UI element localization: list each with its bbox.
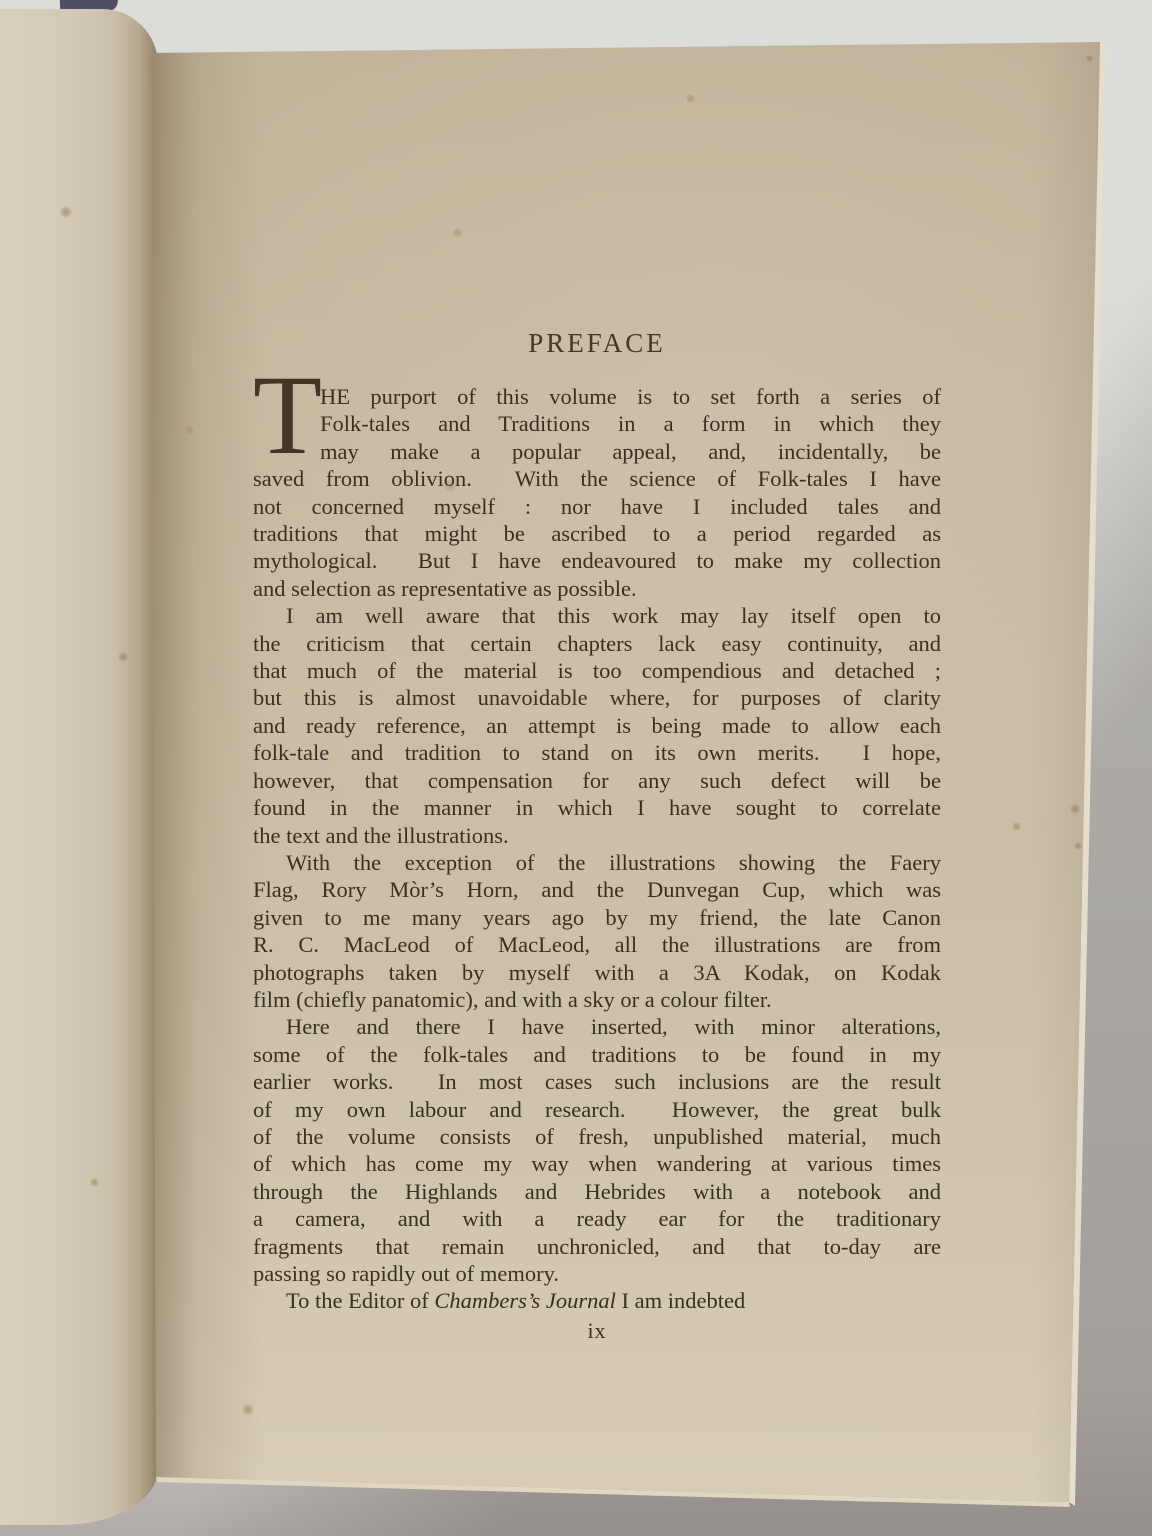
paragraph-2: I am well aware that this work may lay i… bbox=[253, 602, 941, 849]
foxing-spot bbox=[1074, 842, 1082, 850]
foxing-spot bbox=[686, 94, 695, 103]
foxing-spot bbox=[1086, 55, 1093, 62]
text-line: traditions that might be ascribed to a p… bbox=[253, 520, 941, 547]
paragraph-1: T HE purport of this volume is to set fo… bbox=[253, 383, 941, 602]
book-photo: PREFACE T HE purport of this volume is t… bbox=[0, 0, 1152, 1536]
text-line: given to me many years ago by my friend,… bbox=[253, 904, 941, 931]
text-line: and selection as representative as possi… bbox=[253, 575, 941, 602]
paragraph-5-pre: To the Editor of bbox=[286, 1288, 434, 1313]
paragraph-5: To the Editor of Chambers’s Journal I am… bbox=[253, 1287, 941, 1314]
text-line: mythological. But I have endeavoured to … bbox=[253, 547, 941, 574]
drop-cap: T bbox=[253, 383, 310, 465]
text-line: the criticism that certain chapters lack… bbox=[253, 630, 941, 657]
text-line: saved from oblivion. With the science of… bbox=[253, 465, 941, 492]
text-line: I am well aware that this work may lay i… bbox=[253, 602, 941, 629]
journal-title-italic: Chambers’s Journal bbox=[434, 1288, 615, 1313]
foxing-spot bbox=[242, 1404, 254, 1415]
paragraph-4: Here and there I have inserted, with min… bbox=[253, 1013, 941, 1287]
paragraph-3: With the exception of the illustrations … bbox=[253, 849, 941, 1013]
text-line: found in the manner in which I have soug… bbox=[253, 794, 941, 821]
foxing-spot bbox=[1012, 822, 1021, 831]
text-line: of which has come my way when wandering … bbox=[253, 1150, 941, 1177]
foxing-spot bbox=[90, 1178, 99, 1187]
preface-heading: PREFACE bbox=[253, 330, 941, 357]
text-line: through the Highlands and Hebrides with … bbox=[253, 1178, 941, 1205]
text-line: a camera, and with a ready ear for the t… bbox=[253, 1205, 941, 1232]
page-number: ix bbox=[253, 1318, 941, 1344]
paragraph-1-lines: HE purport of this volume is to set fort… bbox=[253, 383, 941, 602]
text-line: earlier works. In most cases such inclus… bbox=[253, 1068, 941, 1095]
text-line: Here and there I have inserted, with min… bbox=[253, 1013, 941, 1040]
text-line: Folk-tales and Traditions in a form in w… bbox=[253, 410, 941, 437]
foxing-spot bbox=[186, 426, 194, 434]
preface-body: T HE purport of this volume is to set fo… bbox=[253, 383, 941, 1315]
foxing-spot bbox=[60, 206, 72, 218]
foxing-spot bbox=[118, 652, 128, 662]
text-line: the text and the illustrations. bbox=[253, 822, 941, 849]
book-page: PREFACE T HE purport of this volume is t… bbox=[0, 0, 1152, 1536]
text-line: folk-tale and tradition to stand on its … bbox=[253, 739, 941, 766]
foxing-spot bbox=[452, 228, 463, 238]
facing-page bbox=[0, 9, 158, 1525]
foxing-spot bbox=[1070, 804, 1080, 814]
page-text-area: PREFACE T HE purport of this volume is t… bbox=[253, 330, 941, 1344]
text-line: and ready reference, an attempt is being… bbox=[253, 712, 941, 739]
text-line: some of the folk-tales and traditions to… bbox=[253, 1041, 941, 1068]
text-line: that much of the material is too compend… bbox=[253, 657, 941, 684]
text-line: but this is almost unavoidable where, fo… bbox=[253, 684, 941, 711]
text-line: however, that compensation for any such … bbox=[253, 767, 941, 794]
text-line: may make a popular appeal, and, incident… bbox=[253, 438, 941, 465]
paragraph-5-post: I am indebted bbox=[616, 1288, 745, 1313]
text-line: passing so rapidly out of memory. bbox=[253, 1260, 941, 1287]
text-line: photographs taken by myself with a 3A Ko… bbox=[253, 959, 941, 986]
text-line: of my own labour and research. However, … bbox=[253, 1096, 941, 1123]
text-line: fragments that remain unchronicled, and … bbox=[253, 1233, 941, 1260]
text-line: of the volume consists of fresh, unpubli… bbox=[253, 1123, 941, 1150]
text-line: HE purport of this volume is to set fort… bbox=[253, 383, 941, 410]
text-line: Flag, Rory Mòr’s Horn, and the Dunvegan … bbox=[253, 876, 941, 903]
text-line: With the exception of the illustrations … bbox=[253, 849, 941, 876]
text-line: not concerned myself : nor have I includ… bbox=[253, 493, 941, 520]
text-line: film (chiefly panatomic), and with a sky… bbox=[253, 986, 941, 1013]
text-line: R. C. MacLeod of MacLeod, all the illust… bbox=[253, 931, 941, 958]
foxing-spot bbox=[443, 480, 457, 492]
text-line: To the Editor of Chambers’s Journal I am… bbox=[253, 1287, 941, 1314]
